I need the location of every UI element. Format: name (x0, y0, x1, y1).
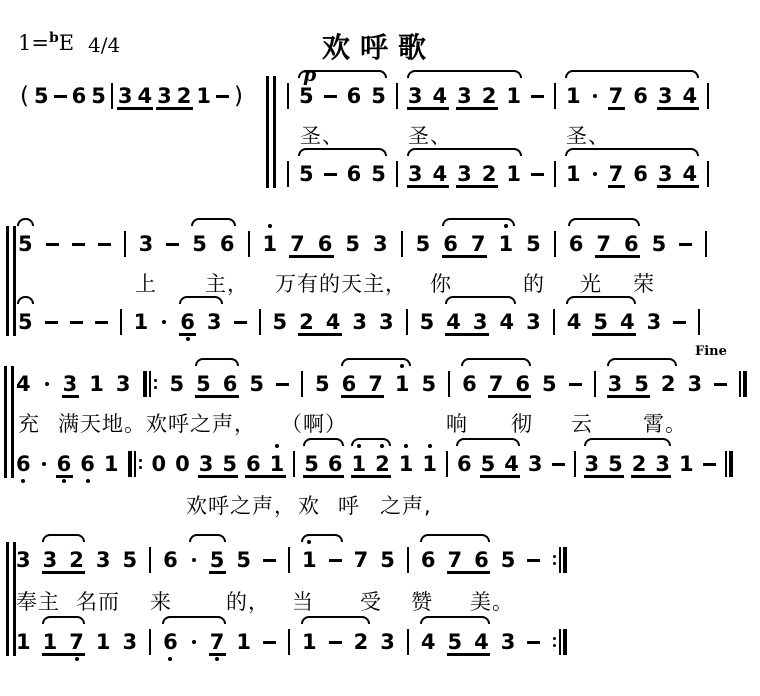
note-6: 6 (180, 312, 195, 333)
repeat-dot (154, 379, 157, 382)
note-5: 5 (18, 234, 33, 255)
token: 3 (116, 370, 131, 398)
note-6: 6 (633, 86, 648, 107)
token: 2 (482, 160, 497, 188)
token: 2 (69, 546, 84, 574)
note-7: 7 (596, 234, 611, 255)
octave-dot-low (75, 657, 79, 661)
music-line-system4-voice2: 117136711234543 (16, 628, 567, 656)
token: 3 (608, 370, 623, 398)
note-1: 1 (506, 164, 521, 185)
note-5: 5 (123, 550, 138, 571)
token (324, 160, 337, 188)
token (714, 370, 727, 398)
token (553, 308, 555, 336)
token: 7 (69, 628, 84, 656)
note-5: 5 (315, 374, 330, 395)
note-3: 3 (655, 454, 670, 475)
note-6: 6 (246, 454, 261, 475)
slur-arc (456, 438, 520, 446)
repeat-dot (553, 562, 556, 565)
song-title: 欢呼歌 (322, 26, 436, 66)
token (329, 546, 342, 574)
fine-label: Fine (695, 344, 727, 359)
dash-token (329, 559, 342, 562)
token: 5 (123, 546, 138, 574)
token: 5 (501, 546, 516, 574)
token (679, 230, 692, 258)
slur-arc (420, 534, 490, 542)
token: 6 (347, 160, 362, 188)
token: 1 (96, 628, 111, 656)
token: 4 (620, 308, 635, 336)
slur-arc (301, 616, 370, 624)
token (263, 546, 276, 574)
token (111, 82, 113, 110)
note-1: 1 (566, 86, 581, 107)
beam-underline (209, 653, 226, 656)
barline-thick (563, 547, 567, 573)
token (725, 450, 733, 478)
slur-arc (42, 616, 85, 624)
note-4: 4 (433, 164, 448, 185)
augmentation-dot (593, 172, 597, 176)
token: 3 (526, 308, 541, 336)
barline-thick (128, 451, 132, 477)
barline (446, 451, 448, 477)
final-barline (739, 371, 747, 397)
beam-underline (407, 185, 449, 188)
token: 6 (474, 546, 489, 574)
barline (448, 371, 450, 397)
note-3: 3 (473, 312, 488, 333)
token: ( (20, 82, 29, 110)
lyric-syllable: 欢呼之声， (186, 490, 296, 520)
dash-token (98, 243, 111, 246)
token (95, 308, 108, 336)
barline-thin (739, 371, 741, 397)
token (703, 450, 716, 478)
dash-token (45, 321, 58, 324)
slur-arc (189, 534, 226, 542)
dash-token (72, 243, 85, 246)
key-signature: 1=bE (18, 30, 74, 55)
token: 2 (482, 82, 497, 110)
token: 7 (596, 230, 611, 258)
token: 6 (443, 230, 458, 258)
barline (406, 309, 408, 335)
barline (301, 371, 303, 397)
dash-token (673, 321, 686, 324)
note-3: 3 (408, 164, 423, 185)
token (43, 370, 51, 398)
music-line-intro: (56534321) (20, 82, 243, 110)
token (698, 308, 700, 336)
token: 1 (302, 546, 317, 574)
barline (149, 629, 151, 655)
key-note: E (59, 31, 74, 55)
token (705, 230, 707, 258)
slur-arc (442, 218, 515, 226)
octave-dot-low (86, 479, 90, 483)
barline (698, 309, 700, 335)
token (448, 370, 450, 398)
token: 5 (18, 230, 33, 258)
token: 0 (152, 450, 167, 478)
lyric-syllable: 的， (226, 586, 270, 616)
octave-dot-low (62, 479, 66, 483)
note-6: 6 (569, 234, 584, 255)
note-3: 3 (408, 86, 423, 107)
note-3: 3 (123, 632, 138, 653)
beam-underline (156, 107, 193, 110)
lyric-syllable: 之声, (380, 490, 432, 520)
augmentation-dot (593, 94, 597, 98)
token: 1 (506, 82, 521, 110)
slur-arc (17, 218, 34, 226)
slur-arc (191, 218, 236, 226)
note-3: 3 (380, 632, 395, 653)
token (707, 160, 709, 188)
beam-underline (195, 395, 239, 398)
note-1: 1 (89, 374, 104, 395)
token: 7 (471, 230, 486, 258)
note-6: 6 (633, 164, 648, 185)
note-5: 5 (416, 234, 431, 255)
barline-thin (725, 451, 727, 477)
lyric-syllable: 万有的天主， (275, 268, 407, 298)
note-6: 6 (72, 86, 87, 107)
beam-underline (56, 475, 73, 478)
note-2: 2 (354, 632, 369, 653)
barline (707, 161, 709, 187)
note-5: 5 (652, 234, 667, 255)
token (216, 82, 229, 110)
dash-token (527, 641, 540, 644)
note-6: 6 (443, 234, 458, 255)
note-5: 5 (542, 374, 557, 395)
note-3: 3 (43, 550, 58, 571)
note-5: 5 (249, 374, 264, 395)
token: 2 (632, 450, 647, 478)
token: 5 (315, 370, 330, 398)
token: 1 (506, 160, 521, 188)
lyric-syllable: 充 (18, 408, 40, 438)
token (166, 230, 179, 258)
note-2: 2 (661, 374, 676, 395)
token (401, 230, 403, 258)
token: 6 (342, 370, 357, 398)
note-3: 3 (501, 632, 516, 653)
note-6: 6 (80, 454, 95, 475)
token (591, 82, 599, 110)
note-3: 3 (585, 454, 600, 475)
beam-underline (179, 333, 196, 336)
beam-underline (62, 395, 79, 398)
slur-arc (351, 438, 391, 446)
slur-arc (303, 438, 344, 446)
token: 1 (196, 82, 211, 110)
token: 2 (177, 82, 192, 110)
barline (553, 309, 555, 335)
note-6: 6 (342, 374, 357, 395)
slur-arc (42, 534, 85, 542)
token: 5 (420, 308, 435, 336)
token: 6 (72, 82, 87, 110)
token: 6 (421, 546, 436, 574)
token: 6 (633, 82, 648, 110)
note-4: 4 (567, 312, 582, 333)
token: 3 (380, 628, 395, 656)
beam-underline (117, 107, 153, 110)
slur-arc (195, 358, 239, 366)
note-3: 3 (207, 312, 222, 333)
beam-underline (607, 395, 650, 398)
note-5: 5 (634, 374, 649, 395)
note-4: 4 (446, 312, 461, 333)
note-3: 3 (373, 234, 388, 255)
note-1: 1 (16, 632, 31, 653)
note-7: 7 (354, 550, 369, 571)
system-bracket (6, 542, 16, 656)
note-3: 3 (658, 164, 673, 185)
repeat-open-barline (143, 371, 158, 397)
slur-arc (341, 358, 411, 366)
barline (554, 83, 556, 109)
token: 3 (408, 82, 423, 110)
dash-token (569, 383, 582, 386)
augmentation-dot (42, 462, 46, 466)
token: 3 (63, 370, 78, 398)
note-4: 4 (16, 374, 31, 395)
note-4: 4 (421, 632, 436, 653)
repeat-dots (139, 459, 142, 469)
token (531, 82, 544, 110)
token: 5 (192, 230, 207, 258)
repeat-dot (139, 466, 142, 469)
barline-thin (559, 629, 561, 655)
beam-underline (595, 255, 640, 258)
note-1: 1 (352, 454, 367, 475)
dash-token (54, 95, 67, 98)
note-4: 4 (326, 312, 341, 333)
token (149, 628, 151, 656)
token (70, 308, 83, 336)
note-7: 7 (69, 632, 84, 653)
note-5: 5 (501, 550, 516, 571)
token: 6 (633, 160, 648, 188)
token: 4 (421, 628, 436, 656)
barline (396, 161, 398, 187)
token: 6 (223, 370, 238, 398)
token: 7 (368, 370, 383, 398)
lyric-syllable: 美。 (470, 586, 514, 616)
barline (288, 629, 290, 655)
repeat-dots (154, 379, 157, 389)
lyric-syllable: 奉主 (16, 586, 60, 616)
token: 4 (446, 308, 461, 336)
token: 6 (80, 450, 95, 478)
note-5: 5 (481, 454, 496, 475)
note-3: 3 (352, 312, 367, 333)
token: 4 (433, 160, 448, 188)
token: 3 (473, 308, 488, 336)
beam-underline (480, 475, 520, 478)
lyric-syllable: 圣、 (408, 120, 452, 150)
note-5: 5 (170, 374, 185, 395)
token: 5 (371, 160, 386, 188)
token: 1 (263, 230, 278, 258)
octave-dot-low (21, 479, 25, 483)
token (594, 370, 596, 398)
beam-underline (608, 107, 625, 110)
dash-token (703, 463, 716, 466)
beam-underline (351, 475, 391, 478)
token: 3 (199, 450, 214, 478)
note-5: 5 (526, 234, 541, 255)
note-6: 6 (347, 86, 362, 107)
note-1: 1 (134, 312, 149, 333)
note-4: 4 (683, 86, 698, 107)
note-3: 3 (658, 86, 673, 107)
token (552, 546, 567, 574)
token (45, 308, 58, 336)
lyric-syllable: 欢 (298, 490, 320, 520)
token: 5 (34, 82, 49, 110)
note-3: 3 (199, 454, 214, 475)
token: 1 (422, 450, 437, 478)
repeat-dot (139, 459, 142, 462)
barline (120, 309, 122, 335)
token: 7 (210, 628, 225, 656)
barline (288, 547, 290, 573)
note-5: 5 (236, 550, 251, 571)
token (120, 308, 122, 336)
token: 1 (43, 628, 58, 656)
beam-underline (488, 395, 531, 398)
lyric-syllable: 云 (571, 408, 593, 438)
lyric-syllable: 上 (135, 268, 157, 298)
token: 7 (609, 160, 624, 188)
system-bracket (266, 76, 276, 188)
barline-thin (559, 547, 561, 573)
token: 1 (134, 308, 149, 336)
note-5: 5 (608, 454, 623, 475)
sheet-music-page: 1=bE 4/4 欢呼歌 (56534321)56534321176345653… (0, 0, 760, 696)
barline (396, 83, 398, 109)
token (287, 82, 289, 110)
token: 7 (609, 82, 624, 110)
barline (401, 231, 403, 257)
slur-arc (584, 438, 671, 446)
token: 3 (647, 308, 662, 336)
token: 4 (683, 160, 698, 188)
token (128, 450, 143, 478)
token: 6 (569, 230, 584, 258)
token: 1 (236, 628, 251, 656)
note-5: 5 (420, 312, 435, 333)
slur-arc (461, 358, 531, 366)
token (190, 628, 198, 656)
barline-thick (729, 451, 733, 477)
token (552, 450, 565, 478)
lyric-syllable: 霄。 (643, 408, 687, 438)
repeat-close-barline (552, 547, 567, 573)
dash-token (46, 243, 59, 246)
note-3: 3 (16, 550, 31, 571)
beam-underline (298, 333, 342, 336)
dash-token (527, 559, 540, 562)
token (287, 160, 289, 188)
token: 4 (326, 308, 341, 336)
token: 5 (422, 370, 437, 398)
barline (149, 547, 151, 573)
barline-thick (563, 629, 567, 655)
token (124, 230, 126, 258)
token (259, 308, 261, 336)
barline (554, 161, 556, 187)
note-3: 3 (63, 374, 78, 395)
music-line-system4-voice1: 332356551756765 (16, 546, 567, 574)
beam-underline (592, 333, 636, 336)
dash-token (263, 559, 276, 562)
token: 1 (89, 370, 104, 398)
note-5: 5 (196, 374, 211, 395)
token: 1 (270, 450, 285, 478)
token: 5 (91, 82, 106, 110)
token: 2 (661, 370, 676, 398)
token (288, 628, 290, 656)
note-1: 1 (395, 374, 410, 395)
token (406, 308, 408, 336)
token: 7 (354, 546, 369, 574)
token (569, 370, 582, 398)
dash-token (263, 641, 276, 644)
token: 5 (18, 308, 33, 336)
token: 4 (683, 82, 698, 110)
token: 5 (210, 546, 225, 574)
token: 1 (399, 450, 414, 478)
slur-arc (17, 296, 34, 304)
augmentation-dot (45, 382, 49, 386)
token: 3 (658, 82, 673, 110)
token (396, 160, 398, 188)
token: 7 (448, 546, 463, 574)
lyric-syllable: 响 (446, 408, 468, 438)
note-3: 3 (116, 374, 131, 395)
lyric-syllable: 满天地。欢呼之声， (58, 408, 256, 438)
token: 3 (43, 546, 58, 574)
token: 3 (207, 308, 222, 336)
octave-dot-high (428, 444, 432, 448)
token (301, 370, 303, 398)
note-6: 6 (474, 550, 489, 571)
octave-dot-high (275, 444, 279, 448)
token: 5 (526, 230, 541, 258)
beam-underline (447, 653, 490, 656)
note-1: 1 (499, 234, 514, 255)
token (554, 160, 556, 188)
token: 3 (379, 308, 394, 336)
note-2: 2 (299, 312, 314, 333)
token (446, 450, 448, 478)
token: 3 (688, 370, 703, 398)
barline (705, 231, 707, 257)
note-3: 3 (457, 86, 472, 107)
token: 6 (163, 628, 178, 656)
note-4: 4 (433, 86, 448, 107)
note-6: 6 (220, 234, 235, 255)
